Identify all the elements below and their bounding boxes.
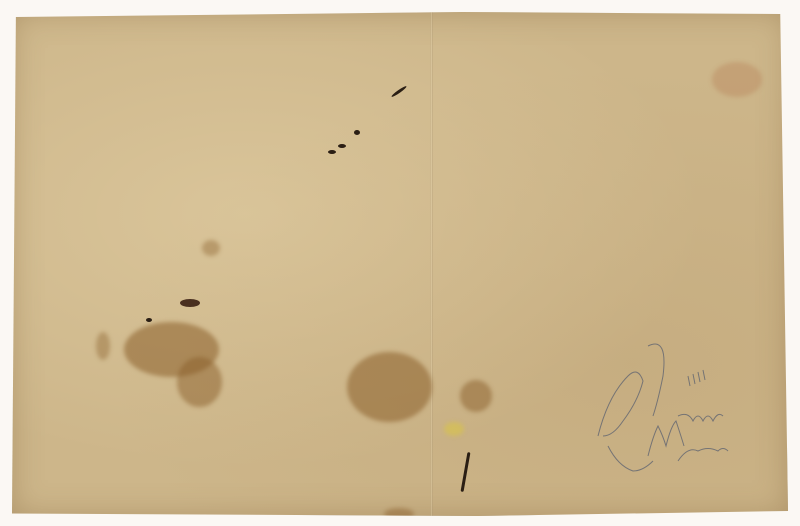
ink-spot bbox=[354, 130, 360, 135]
stain-small-left bbox=[96, 332, 110, 360]
paper-sheet bbox=[12, 12, 788, 516]
ink-spot bbox=[461, 452, 471, 492]
stain-left-small bbox=[202, 240, 220, 256]
stain-lower-left-tail bbox=[177, 357, 222, 407]
stain-upper-right bbox=[712, 62, 762, 97]
ink-spot bbox=[338, 144, 346, 148]
ink-spot bbox=[328, 150, 336, 154]
pencil-scribbles bbox=[578, 326, 748, 496]
ink-spot bbox=[146, 318, 152, 322]
center-fold bbox=[430, 12, 433, 516]
stain-center-right bbox=[460, 380, 492, 412]
yellow-mark bbox=[444, 422, 464, 436]
ink-spot bbox=[391, 85, 407, 98]
ink-spot bbox=[180, 299, 200, 307]
stain-bottom bbox=[384, 508, 414, 520]
stain-center bbox=[347, 352, 432, 422]
